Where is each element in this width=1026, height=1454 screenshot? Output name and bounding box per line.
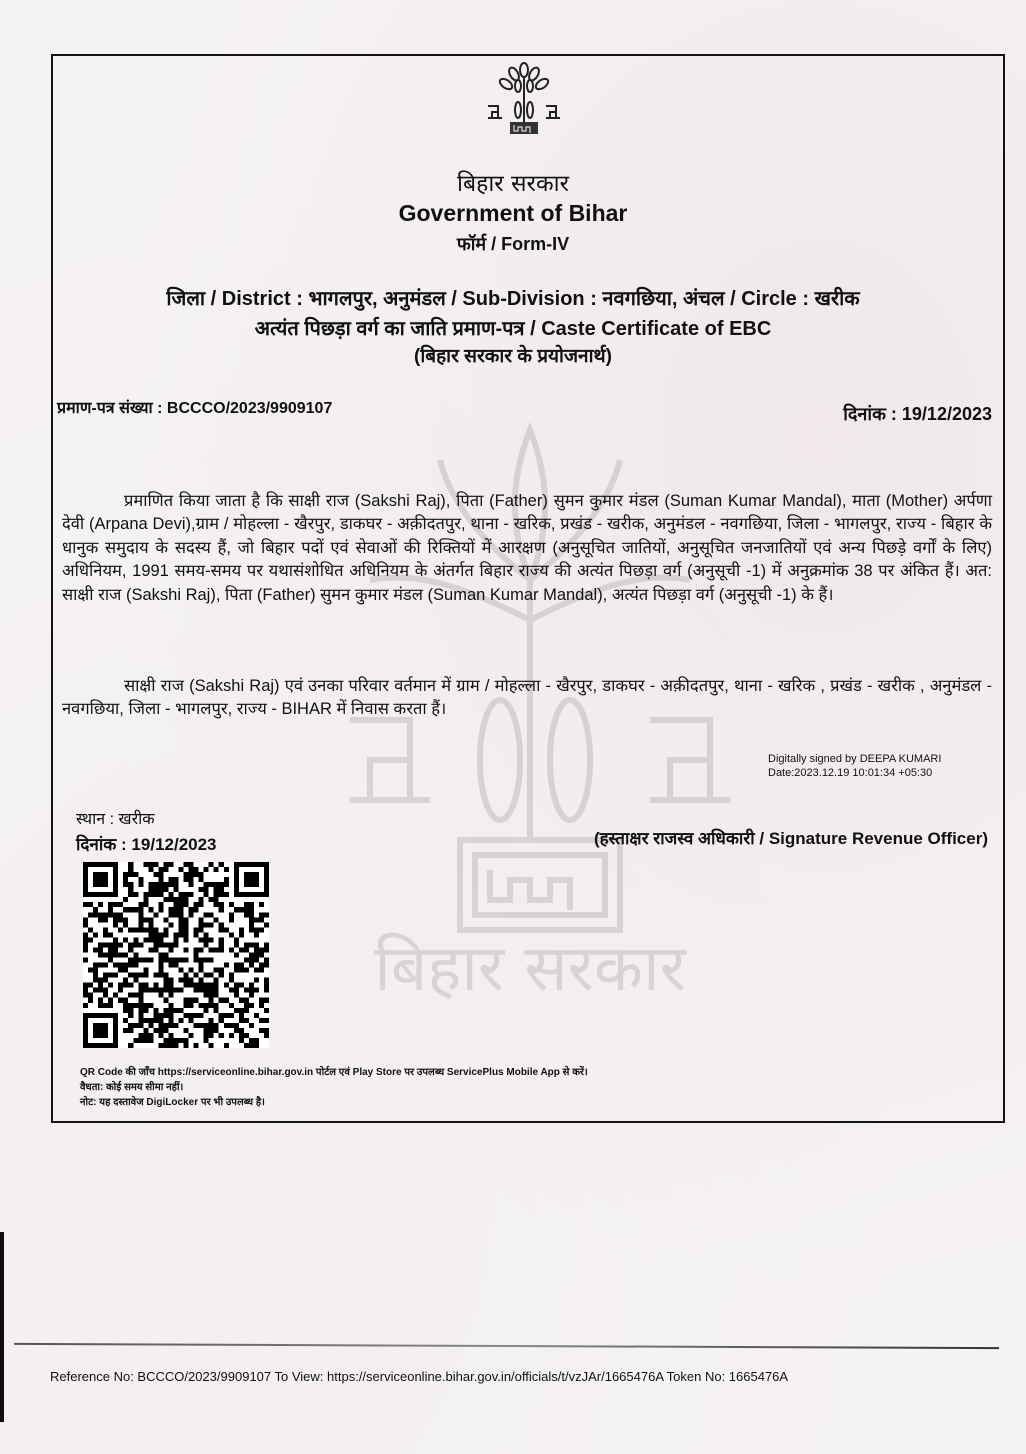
- certificate-date: दिनांक : 19/12/2023: [843, 402, 992, 426]
- certificate-date-value: 19/12/2023: [902, 404, 992, 424]
- digital-signature-signer: Digitally signed by DEEPA KUMARI: [768, 752, 941, 766]
- bihar-government-emblem-icon: [484, 60, 564, 140]
- certificate-date-label: दिनांक :: [843, 404, 902, 424]
- certificate-number-value: BCCCO/2023/9909107: [167, 400, 332, 417]
- certification-paragraph: प्रमाणित किया जाता है कि साक्षी राज (Sak…: [62, 490, 992, 608]
- residence-paragraph: साक्षी राज (Sakshi Raj) एवं उनका परिवार …: [62, 675, 992, 722]
- digital-signature: Digitally signed by DEEPA KUMARI Date:20…: [768, 752, 941, 780]
- validity-note: वैधता: कोई समय सीमा नहीं।: [80, 1080, 588, 1095]
- title-english: Government of Bihar: [0, 200, 1026, 227]
- scan-edge: [0, 1232, 4, 1422]
- form-number: फॉर्म / Form-IV: [0, 232, 1026, 256]
- qr-verification-note: QR Code की जाँच https://serviceonline.bi…: [80, 1065, 588, 1080]
- certificate-purpose: (बिहार सरकार के प्रयोजनार्थ): [0, 342, 1026, 368]
- signing-date: दिनांक : 19/12/2023: [76, 832, 217, 855]
- qr-code-icon[interactable]: [83, 862, 269, 1048]
- reference-line: Reference No: BCCCO/2023/9909107 To View…: [50, 1369, 788, 1384]
- signature-label: (हस्ताक्षर राजस्व अधिकारी / Signature Re…: [594, 826, 988, 849]
- place: स्थान : खरीक: [76, 807, 155, 829]
- title-hindi: बिहार सरकार: [0, 166, 1026, 198]
- footer-notes: QR Code की जाँच https://serviceonline.bi…: [80, 1065, 588, 1110]
- certificate-number-label: प्रमाण-पत्र संख्या :: [57, 400, 167, 417]
- district-line: जिला / District : भागलपुर, अनुमंडल / Sub…: [0, 284, 1026, 311]
- digital-signature-date: Date:2023.12.19 10:01:34 +05:30: [768, 766, 941, 780]
- digilocker-note: नोट: यह दस्तावेज DigiLocker पर भी उपलब्ध…: [80, 1095, 588, 1110]
- certificate-title: अत्यंत पिछड़ा वर्ग का जाति प्रमाण-पत्र /…: [0, 314, 1026, 341]
- certificate-number: प्रमाण-पत्र संख्या : BCCCO/2023/9909107: [57, 396, 332, 418]
